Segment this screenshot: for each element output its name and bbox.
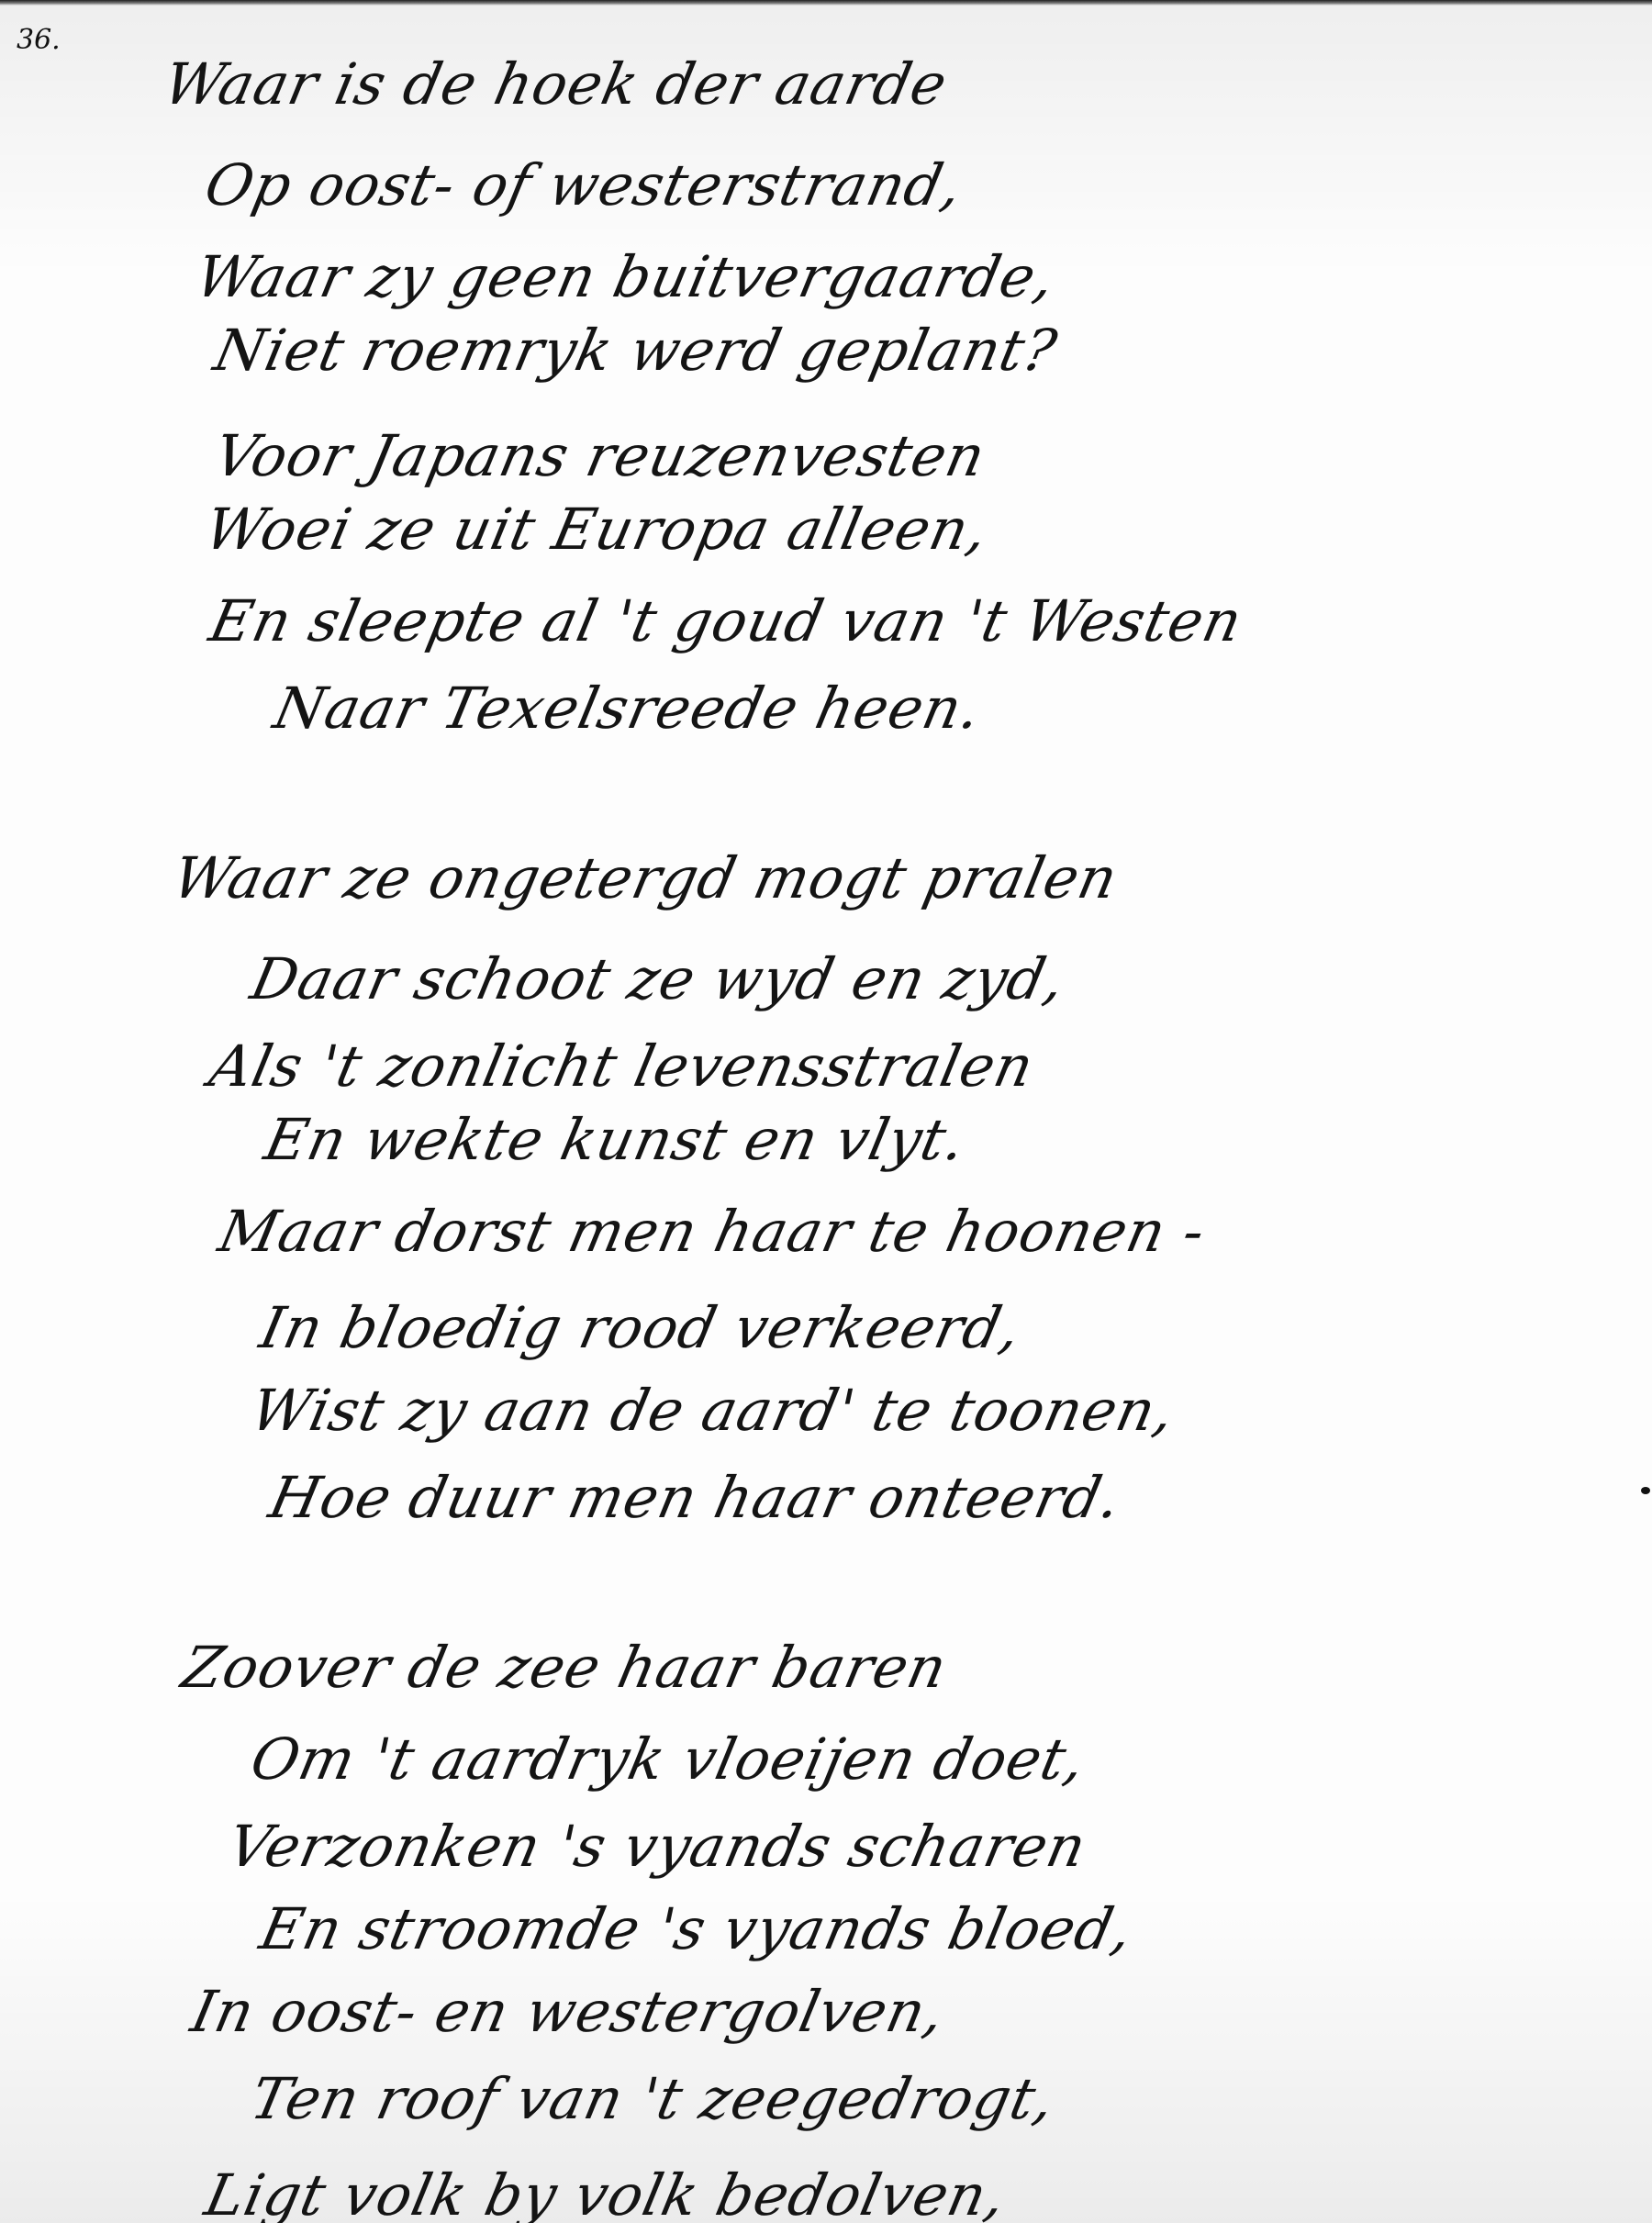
poem-line: Verzonken 's vyands scharen	[222, 1813, 1092, 1880]
poem-line: En stroomde 's vyands bloed,	[254, 1895, 1139, 1962]
scan-top-edge	[0, 0, 1652, 6]
poem-line: Voor Japans reuzenvesten	[208, 422, 991, 489]
poem-line: Woei ze uit Europa alleen,	[199, 496, 994, 563]
poem-line: Wist zy aan de aard' te toonen,	[245, 1377, 1181, 1444]
poem-line: Op oost- of westerstrand,	[199, 151, 968, 218]
poem-line: Daar schoot ze wyd en zyd,	[245, 945, 1071, 1012]
poem-line: En sleepte al 't goud van 't Westen	[204, 587, 1248, 654]
poem-line: Als 't zonlicht levensstralen	[204, 1033, 1040, 1100]
poem-line: En wekte kunst en vlyt.	[259, 1106, 972, 1173]
poem-line: Naar Texelsreede heen.	[268, 675, 988, 742]
poem-line: Niet roemryk werd geplant?	[208, 317, 1063, 384]
ink-spot	[1641, 1487, 1650, 1494]
poem-line: Hoe duur men haar onteerd.	[263, 1464, 1127, 1531]
poem-line: In oost- en westergolven,	[185, 1978, 951, 2045]
poem-line: Ligt volk by volk bedolven,	[199, 2162, 1012, 2223]
poem-line: Waar zy geen buitvergaarde,	[190, 243, 1061, 310]
poem-line: Waar ze ongetergd mogt pralen	[167, 844, 1123, 911]
poem-line: Zoover de zee haar baren	[176, 1634, 953, 1701]
poem-line: Waar is de hoek der aarde	[158, 50, 953, 117]
page-number: 36.	[17, 24, 61, 56]
poem-line: Maar dorst men haar te hoonen -	[213, 1198, 1211, 1265]
poem-line: Ten roof van 't zeegedrogt,	[245, 2065, 1061, 2132]
poem-line: Om 't aardryk vloeijen doet,	[245, 1726, 1091, 1793]
poem-line: In bloedig rood verkeerd,	[254, 1294, 1027, 1361]
